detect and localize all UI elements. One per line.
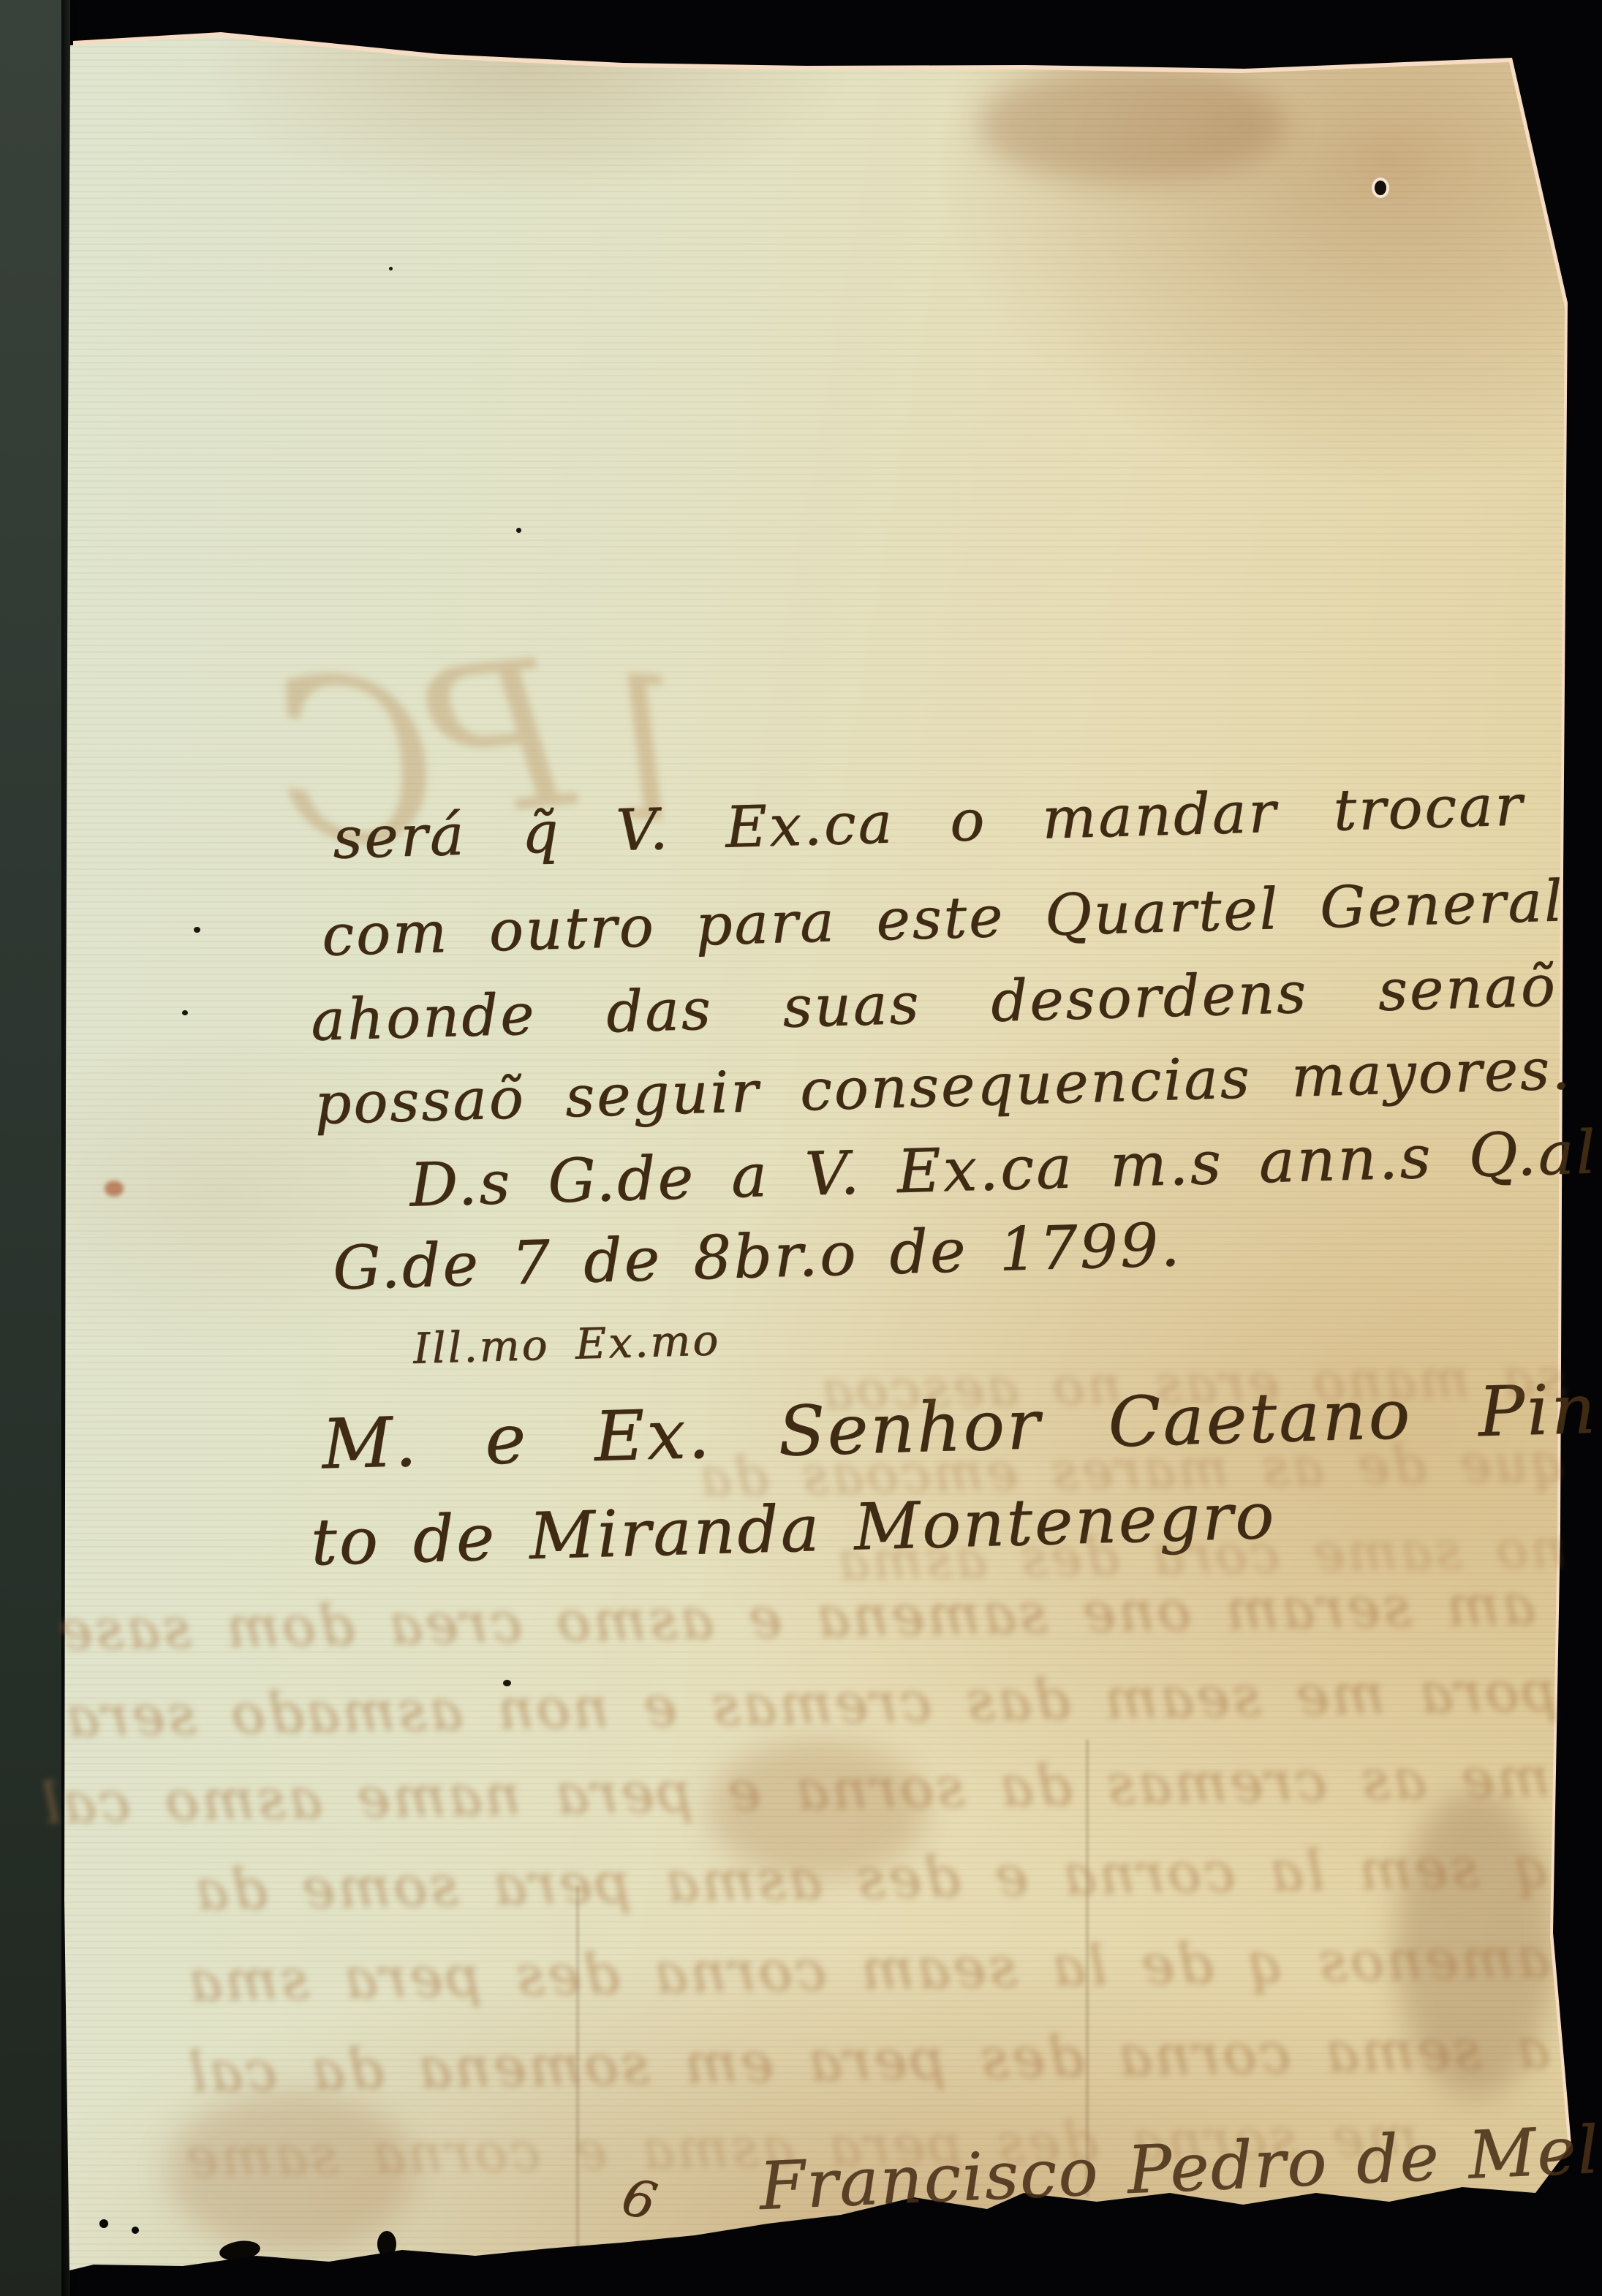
ink-speck xyxy=(182,1010,188,1015)
stain-red-dot xyxy=(105,1181,124,1197)
paper-loss-dot xyxy=(99,2219,108,2228)
ink-speck xyxy=(389,267,393,270)
addressee-superscript: Ill.mo Ex.mo xyxy=(412,1315,721,1374)
stain-top-right xyxy=(978,66,1285,183)
book-spine xyxy=(0,0,70,2296)
ink-speck xyxy=(194,927,200,933)
paper-loss-dot xyxy=(132,2227,139,2234)
worm-hole xyxy=(1375,181,1386,195)
ink-speck xyxy=(516,528,521,533)
